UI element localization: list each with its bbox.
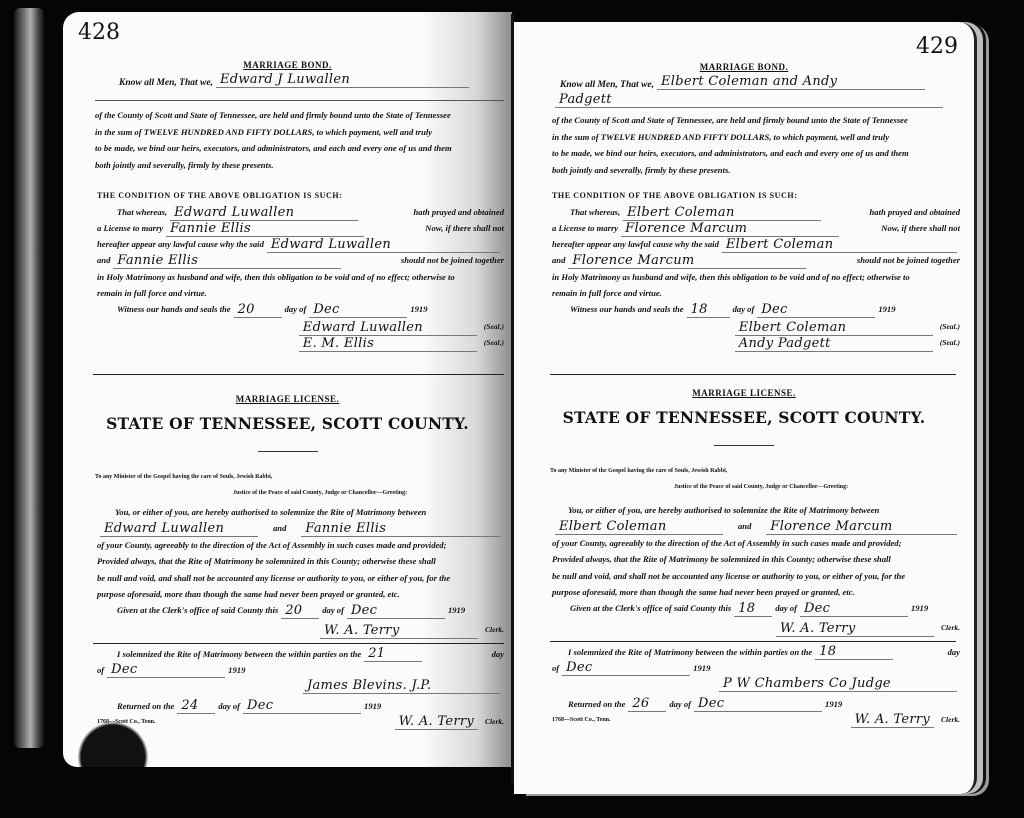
solemnization-record: I solemnized the Rite of Matrimony betwe… [514,644,974,728]
license-bride: Fannie Ellis [305,522,386,536]
section-divider [93,374,504,375]
bride-name: Fannie Ellis [170,222,251,236]
condition-heading: THE CONDITION OF THE ABOVE OBLIGATION IS… [552,188,960,205]
clerk-signature: W. A. Terry [780,622,855,636]
given-year: 1919 [448,602,465,619]
section-divider [550,374,956,375]
ledger-page-left: 428 MARRIAGE BOND. Know all Men, That we… [63,12,512,767]
marriage-bond-section: MARRIAGE BOND. Know all Men, That we, Ed… [63,60,512,173]
solemnized-month: Dec [566,661,592,675]
return-clerk-signature: W. A. Terry [399,715,474,729]
return-clerk-signature: W. A. Terry [855,713,930,727]
officiant-signature: James Blevins. J.P. [307,679,431,693]
salutation-1: To any Minister of the Gospel having the… [550,468,974,474]
page-number: 429 [916,34,958,59]
solemnized-year: 1919 [693,660,710,677]
license-title: MARRIAGE LICENSE. [514,388,974,398]
bond-body: of the County of Scott and State of Tenn… [95,107,504,173]
section-divider [93,643,504,644]
solemnized-year: 1919 [228,662,245,679]
given-year: 1919 [911,600,928,617]
solemnized-month: Dec [111,663,137,677]
clerk-signature: W. A. Terry [324,624,399,638]
returned-month: Dec [698,697,724,711]
license-groom: Elbert Coleman [559,520,667,534]
signature-1: Elbert Coleman [739,321,847,335]
given-month: Dec [351,604,377,618]
witness-day: 20 [238,303,255,317]
returned-day: 24 [181,699,198,713]
bondsmen-name: Elbert Coleman and Andy [661,75,837,89]
witness-day: 18 [691,303,708,317]
condition-heading: THE CONDITION OF THE ABOVE OBLIGATION IS… [97,188,504,205]
groom-name-repeat: Edward Luwallen [271,238,391,252]
bride-name-repeat: Florence Marcum [572,254,694,268]
signature-2: E. M. Ellis [303,337,374,351]
witness-year: 1919 [410,301,427,318]
salutation-2: Justice of the Peace of said County, Jud… [674,484,974,490]
bride-name-repeat: Fannie Ellis [117,254,198,268]
license-body: You, or either of you, are hereby author… [514,502,974,637]
book-binding-edge [14,8,44,748]
bondsmen-name-cont: Padgett [559,93,612,107]
section-divider [550,641,956,642]
returned-month: Dec [247,699,273,713]
groom-name: Elbert Coleman [627,206,735,220]
solemnized-day: 18 [819,645,836,659]
bond-title: MARRIAGE BOND. [514,62,974,72]
signature-1: Edward Luwallen [303,321,423,335]
bond-body: of the County of Scott and State of Tenn… [552,112,960,178]
returned-day: 26 [632,697,649,711]
ledger-page-right: 429 MARRIAGE BOND. Know all Men, That we… [514,22,977,794]
license-title: MARRIAGE LICENSE. [63,394,512,404]
know-all-men-label: Know all Men, That we, [119,78,213,88]
printer-mark: 1768—Scott Co., Tenn. [552,712,611,729]
groom-name: Edward Luwallen [174,206,294,220]
bond-condition: THE CONDITION OF THE ABOVE OBLIGATION IS… [63,188,512,352]
witness-month: Dec [313,303,339,317]
given-day: 18 [738,602,755,616]
marriage-license-section: MARRIAGE LICENSE. STATE OF TENNESSEE, SC… [63,394,512,496]
witness-year: 1919 [878,301,895,318]
bond-title: MARRIAGE BOND. [63,60,512,70]
groom-name-repeat: Elbert Coleman [726,238,834,252]
signature-2: Andy Padgett [739,337,831,351]
witness-month: Dec [761,303,787,317]
marriage-license-section: MARRIAGE LICENSE. STATE OF TENNESSEE, SC… [514,388,974,490]
salutation-2: Justice of the Peace of said County, Jud… [233,490,512,496]
salutation-1: To any Minister of the Gospel having the… [95,474,512,480]
state-heading: STATE OF TENNESSEE, SCOTT COUNTY. [63,414,512,433]
state-heading: STATE OF TENNESSEE, SCOTT COUNTY. [514,408,974,427]
given-month: Dec [804,602,830,616]
license-body: You, or either of you, are hereby author… [63,504,512,639]
know-all-men-label: Know all Men, That we, [560,80,654,90]
officiant-signature: P W Chambers Co Judge [723,677,891,691]
license-bride: Florence Marcum [770,520,892,534]
bond-condition: THE CONDITION OF THE ABOVE OBLIGATION IS… [514,188,974,352]
returned-year: 1919 [364,698,381,715]
license-groom: Edward Luwallen [104,522,224,536]
returned-year: 1919 [825,696,842,713]
bride-name: Florence Marcum [625,222,747,236]
solemnized-day: 21 [368,647,385,661]
bondsmen-name: Edward J Luwallen [220,73,350,87]
marriage-bond-section: MARRIAGE BOND. Know all Men, That we, El… [514,62,974,178]
page-number: 428 [78,20,120,45]
given-day: 20 [285,604,302,618]
